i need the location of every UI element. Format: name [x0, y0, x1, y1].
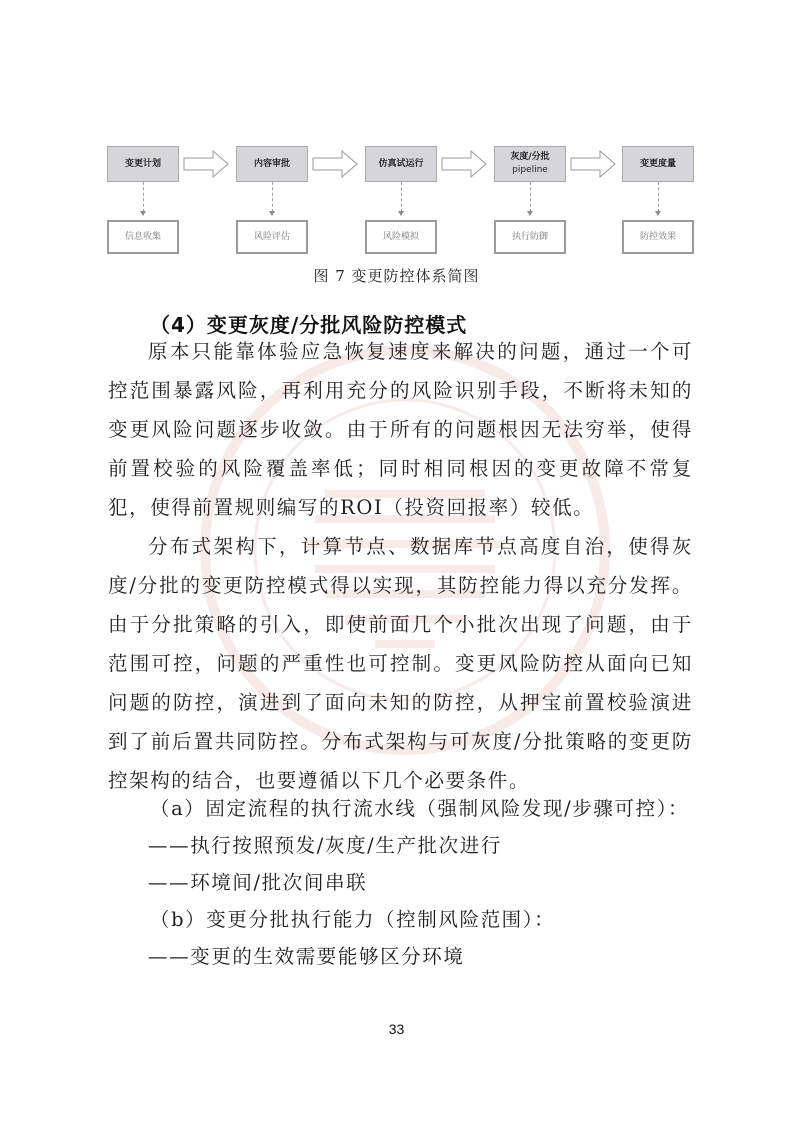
arrow-down-icon	[398, 211, 404, 216]
paragraph-text: 原本只能靠体验应急恢复速度来解决的问题，通过一个可控范围暴露风险，再利用充分的风…	[108, 332, 693, 527]
box-label: 风险评估	[254, 231, 290, 244]
dashed-connector	[530, 182, 531, 212]
arrow-right-icon	[312, 150, 358, 178]
paragraph-1: 原本只能靠体验应急恢复速度来解决的问题，通过一个可控范围暴露风险，再利用充分的风…	[108, 332, 693, 527]
diagram-box-simulation-run: 仿真试运行	[365, 146, 437, 182]
arrow-right-icon	[183, 150, 229, 178]
arrow-down-icon	[527, 211, 533, 216]
box-label: 执行防御	[512, 231, 548, 244]
box-label: 防控效果	[640, 231, 676, 244]
paragraph-text: 分布式架构下，计算节点、数据库节点高度自治，使得灰度/分批的变更防控模式得以实现…	[108, 527, 693, 800]
box-label: 仿真试运行	[378, 158, 423, 171]
list-subitem: ——环境间/批次间串联	[148, 867, 367, 895]
box-label: 变更度量	[640, 158, 676, 171]
diagram-box-risk-assessment: 风险评估	[236, 220, 308, 254]
diagram-box-canary-pipeline: 灰度/分批 pipeline	[494, 146, 566, 182]
box-label: 风险模拟	[383, 231, 419, 244]
change-control-diagram: 变更计划 内容审批 仿真试运行 灰度/分批 pipeline 变更度量 信息收集…	[0, 0, 793, 270]
dashed-connector	[401, 182, 402, 212]
dashed-connector	[143, 182, 144, 212]
box-label: 内容审批	[254, 158, 290, 171]
diagram-box-control-effect: 防控效果	[622, 220, 694, 254]
list-subitem: ——变更的生效需要能够区分环境	[148, 941, 465, 969]
list-item-a: （a）固定流程的执行流水线（强制风险发现/步骤可控）：	[150, 793, 689, 821]
box-label: 信息收集	[125, 231, 161, 244]
arrow-right-icon	[570, 150, 616, 178]
list-item-b: （b）变更分批执行能力（控制风险范围）：	[150, 904, 555, 932]
diagram-box-execution-defense: 执行防御	[494, 220, 566, 254]
diagram-box-risk-simulation: 风险模拟	[365, 220, 437, 254]
diagram-box-content-approval: 内容审批	[236, 146, 308, 182]
list-subitem: ——执行按照预发/灰度/生产批次进行	[148, 830, 502, 858]
diagram-box-change-metrics: 变更度量	[622, 146, 694, 182]
dashed-connector	[272, 182, 273, 212]
arrow-down-icon	[140, 211, 146, 216]
box-sublabel: pipeline	[512, 164, 548, 177]
arrow-down-icon	[269, 211, 275, 216]
arrow-down-icon	[655, 211, 661, 216]
paragraph-2: 分布式架构下，计算节点、数据库节点高度自治，使得灰度/分批的变更防控模式得以实现…	[108, 527, 693, 800]
diagram-box-change-plan: 变更计划	[107, 146, 179, 182]
page-number: 33	[0, 1021, 793, 1037]
box-label: 变更计划	[125, 158, 161, 171]
dashed-connector	[658, 182, 659, 212]
arrow-right-icon	[441, 150, 487, 178]
figure-caption: 图 7 变更防控体系简图	[0, 265, 793, 286]
diagram-box-info-collection: 信息收集	[107, 220, 179, 254]
box-label: 灰度/分批	[510, 151, 549, 164]
